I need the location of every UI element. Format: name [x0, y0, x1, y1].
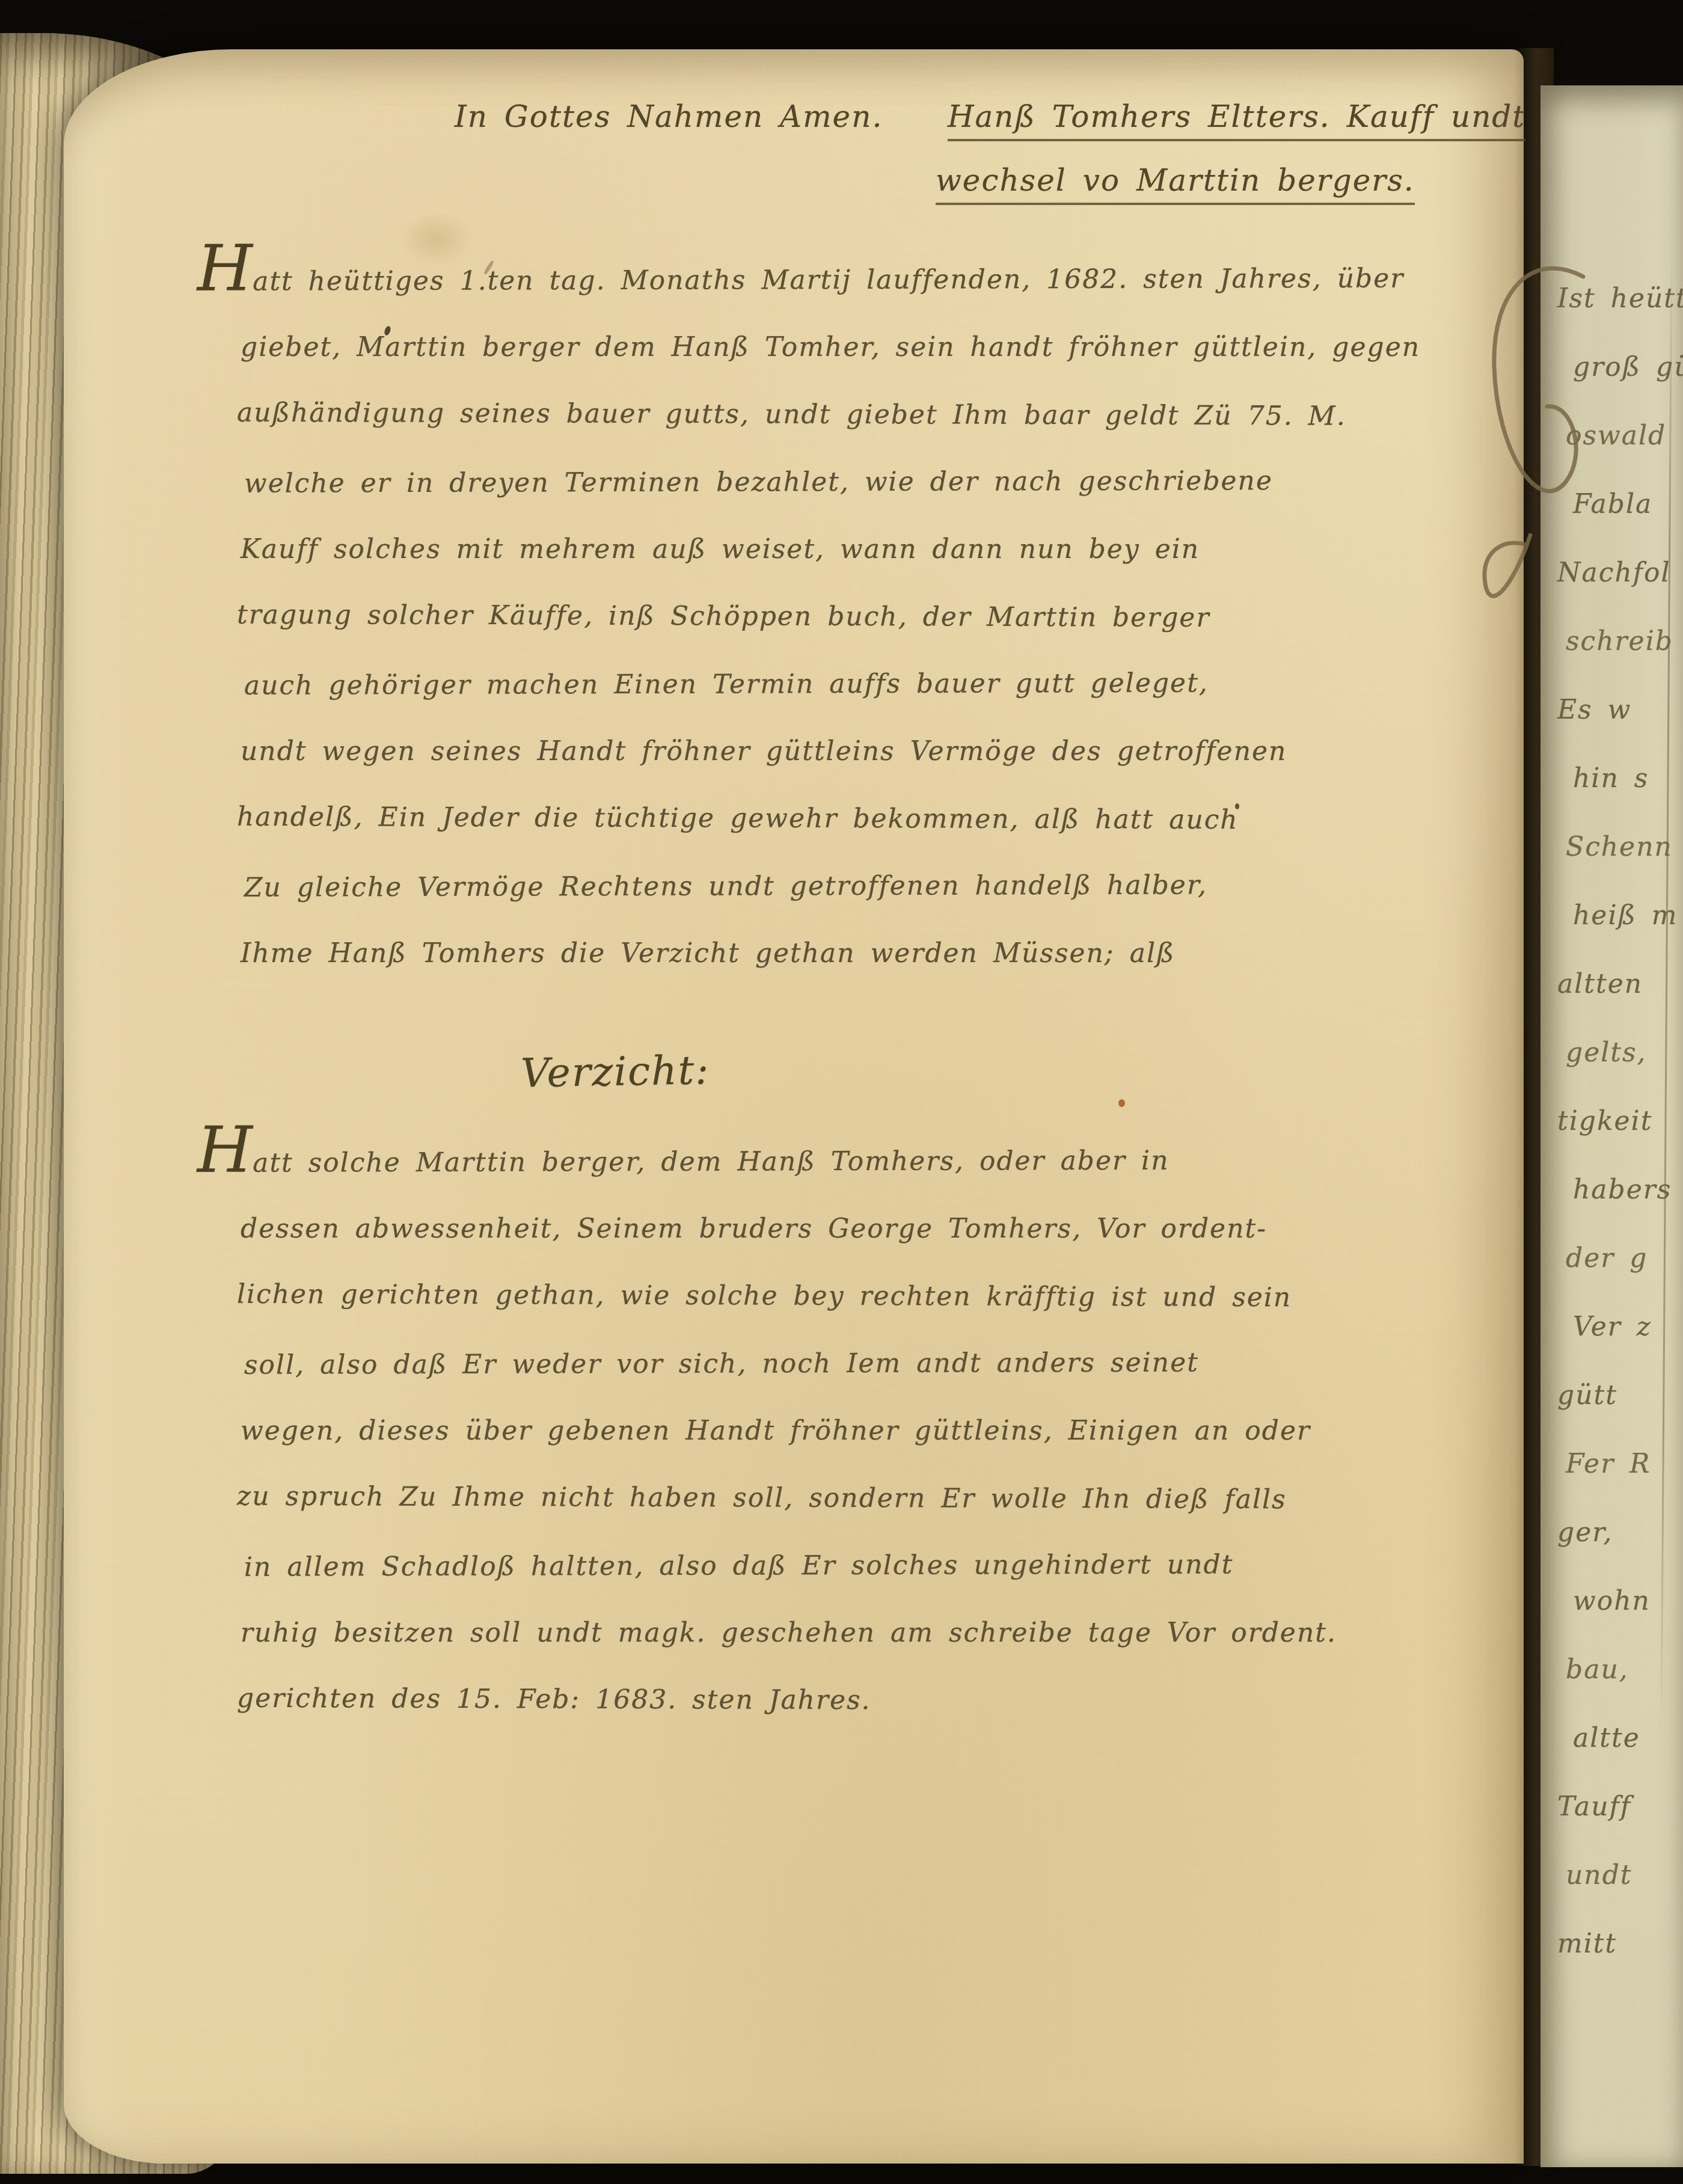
manuscript-page: In Gottes Nahmen Amen. Hanß Tomhers Eltt… [64, 49, 1524, 2164]
cutoff-line: Fabla [1573, 470, 1683, 539]
cutoff-line: altten [1557, 950, 1683, 1019]
cutoff-line: altte [1573, 1704, 1683, 1773]
manuscript-line: Kauff solches mit mehrem auß weiset, wan… [241, 516, 1470, 583]
manuscript-line: tragung solcher Käuffe, inß Schöppen buc… [237, 581, 1470, 652]
cutoff-line: hin s [1573, 744, 1683, 813]
paragraph-renunciation: Hatt solche Marttin berger, dem Hanß Tom… [237, 1115, 1470, 1734]
manuscript-line: zu spruch Zu Ihme nicht haben soll, sond… [237, 1463, 1470, 1534]
cutoff-line: Tauff [1557, 1773, 1683, 1841]
cutoff-line: Fer R [1566, 1430, 1683, 1498]
manuscript-line: gerichten des 15. Feb: 1683. sten Jahres… [237, 1665, 1470, 1736]
photo-background: In Gottes Nahmen Amen. Hanß Tomhers Eltt… [0, 0, 1683, 2184]
record-title-line-1: Hanß Tomhers Eltters. Kauff undt [948, 99, 1526, 141]
manuscript-line: Zu gleiche Vermöge Rechtens undt getroff… [244, 851, 1470, 921]
heading-line-2: wechsel vo Marttin bergers. [936, 149, 1524, 212]
cutoff-line: Es w [1557, 676, 1683, 744]
cutoff-line: der g [1566, 1224, 1683, 1293]
cutoff-line: habers [1573, 1156, 1683, 1224]
manuscript-line: welche er in dreyen Terminen bezahlet, w… [244, 447, 1470, 517]
manuscript-line: außhändigung seines bauer gutts, undt gi… [237, 379, 1470, 450]
manuscript-line: soll, also daß Er weder vor sich, noch I… [244, 1328, 1470, 1399]
cutoff-line: groß gü [1573, 333, 1683, 402]
manuscript-line: handelß, Ein Jeder die tüchtige gewehr b… [237, 784, 1470, 854]
facing-page-fragments: Ist heütt groß gü oswald Fabla Nachfol s… [1557, 265, 1683, 1978]
cutoff-line: bau, [1566, 1636, 1683, 1704]
invocation-text: In Gottes Nahmen Amen. [455, 99, 883, 134]
manuscript-line: auch gehöriger machen Einen Termin auffs… [244, 649, 1470, 719]
page-text: In Gottes Nahmen Amen. Hanß Tomhers Eltt… [64, 49, 1524, 1734]
cutoff-line: undt [1566, 1841, 1683, 1910]
manuscript-line: Hatt solche Marttin berger, dem Hanß Tom… [244, 1113, 1470, 1197]
cutoff-line: heiß m [1573, 882, 1683, 950]
cutoff-line: gelts, [1566, 1019, 1683, 1087]
manuscript-line: ruhig besitzen soll undt magk. geschehen… [241, 1600, 1470, 1667]
cutoff-line: mitt [1557, 1910, 1683, 1978]
manuscript-line: undt wegen seines Handt fröhner güttlein… [241, 718, 1470, 785]
manuscript-line: lichen gerichten gethan, wie solche bey … [237, 1261, 1470, 1332]
cutoff-line: Ist heütt [1557, 265, 1683, 333]
manuscript-line: wegen, dieses über gebenen Handt fröhner… [241, 1397, 1470, 1465]
manuscript-line: Hatt heüttiges 1.ten tag. Monaths Martij… [244, 232, 1470, 315]
cutoff-line: oswald [1566, 402, 1683, 470]
rust-speck [1118, 1099, 1125, 1107]
cutoff-line: wohn [1573, 1567, 1683, 1636]
manuscript-line: Ihme Hanß Tomhers die Verzicht gethan we… [241, 920, 1470, 987]
ink-speck [1235, 803, 1239, 809]
manuscript-line: in allem Schadloß haltten, also daß Er s… [244, 1530, 1470, 1601]
cutoff-line: Schenn [1566, 813, 1683, 882]
cutoff-line: schreib [1566, 607, 1683, 676]
heading-line-1: In Gottes Nahmen Amen. Hanß Tomhers Eltt… [455, 84, 1524, 149]
cutoff-line: ger, [1557, 1498, 1683, 1567]
cutoff-line: Ver z [1573, 1293, 1683, 1361]
manuscript-line: dessen abwessenheit, Seinem bruders Geor… [241, 1195, 1470, 1263]
cutoff-line: Nachfol [1557, 539, 1683, 607]
cutoff-line: gütt [1557, 1361, 1683, 1430]
manuscript-line: giebet, Marttin berger dem Hanß Tomher, … [241, 314, 1470, 381]
paragraph-sale-record: Hatt heüttiges 1.ten tag. Monaths Martij… [237, 233, 1470, 987]
cutoff-line: tigkeit [1557, 1087, 1683, 1156]
section-heading-verzicht: Verzicht: [520, 1023, 1524, 1106]
record-title-line-2: wechsel vo Marttin bergers. [936, 163, 1415, 205]
